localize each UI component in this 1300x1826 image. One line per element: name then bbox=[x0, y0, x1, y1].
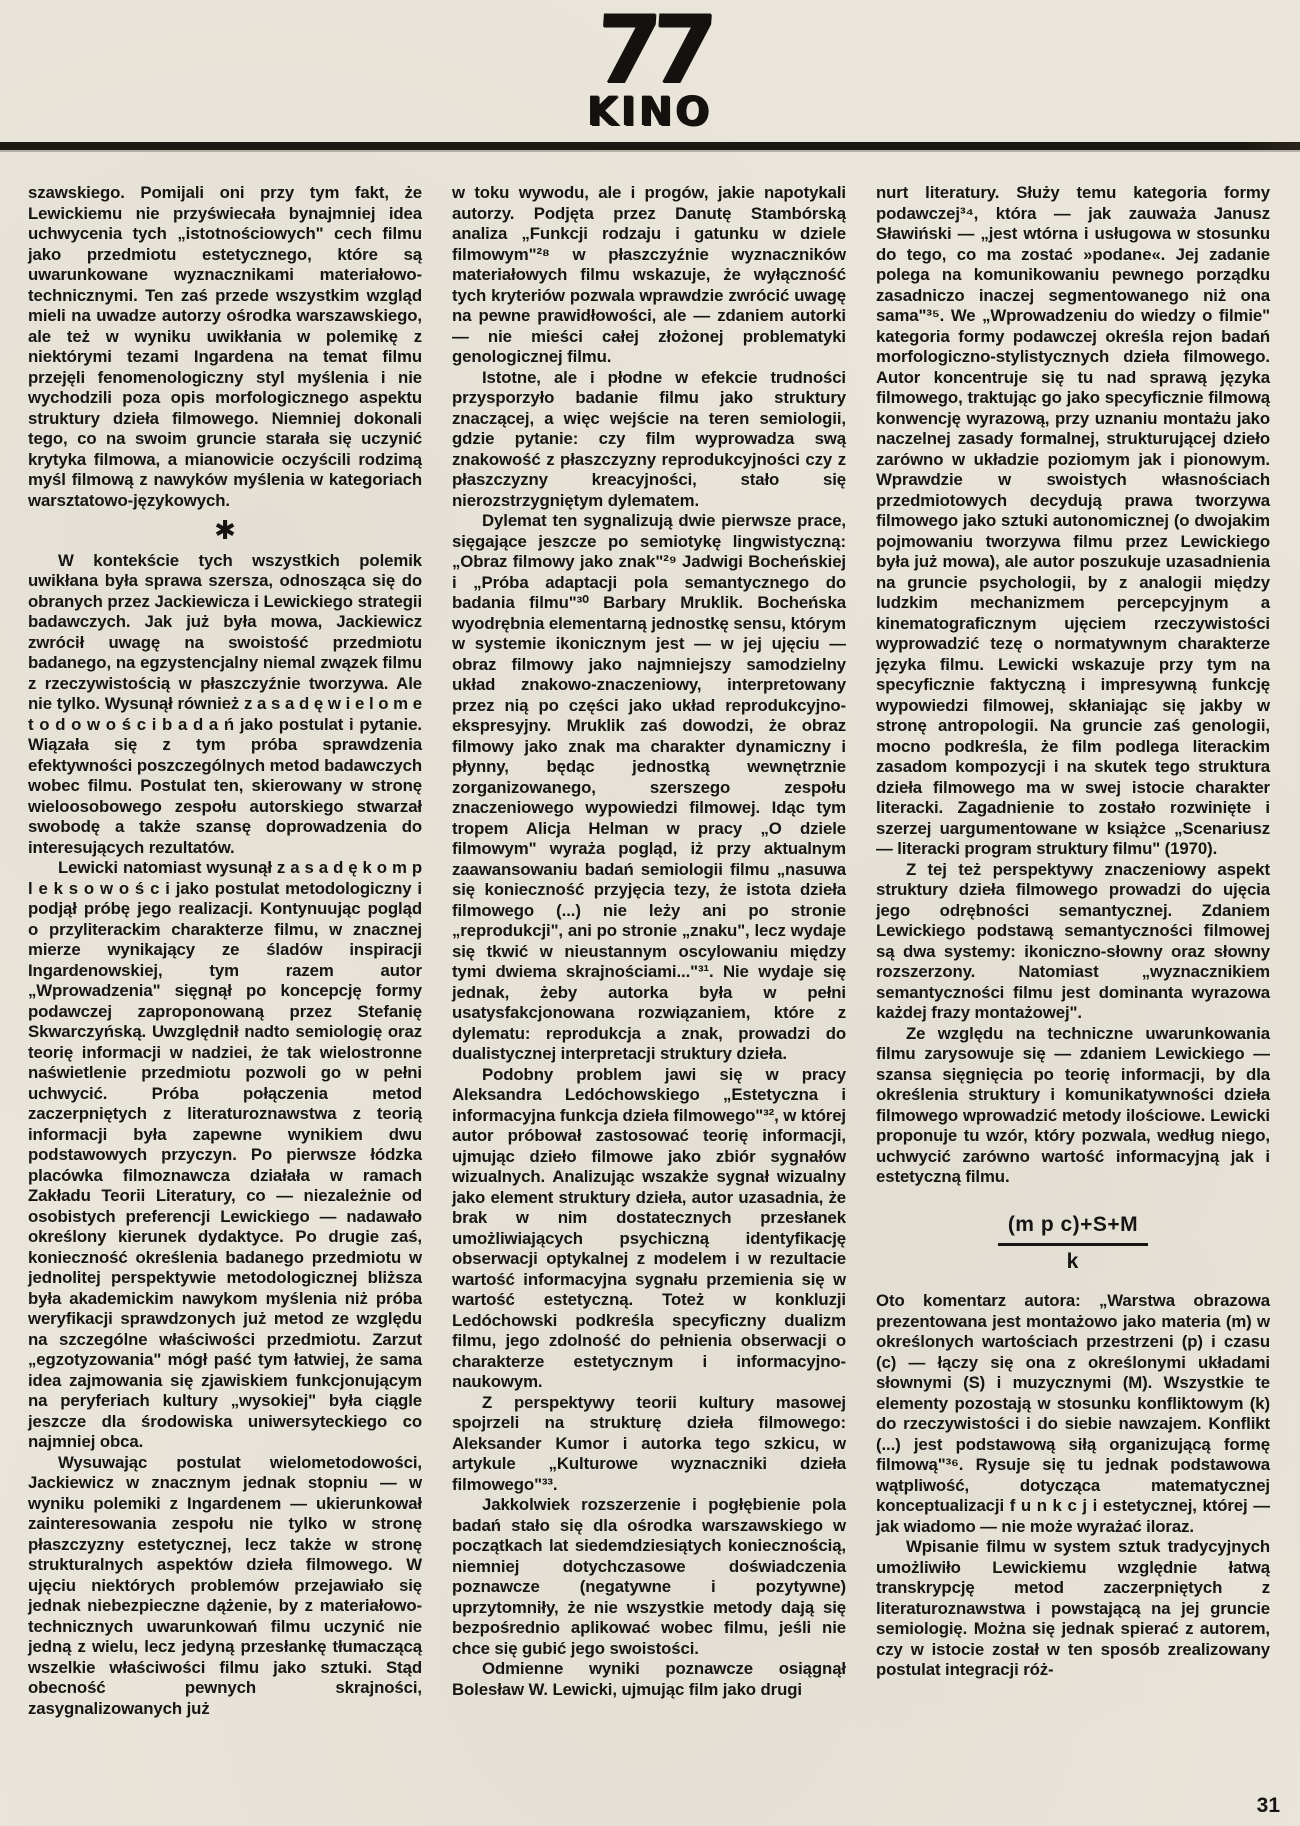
magazine-page: { "page": { "background_color": "#e9e5da… bbox=[0, 0, 1300, 1826]
paragraph: W kontekście tych wszystkich polemik uwi… bbox=[28, 551, 422, 859]
paragraph: Z tej też perspektywy znaczeniowy aspekt… bbox=[876, 860, 1270, 1024]
paragraph: Z perspektywy teorii kultury masowej spo… bbox=[452, 1393, 846, 1496]
paragraph: Lewicki natomiast wysunął z a s a d ę k … bbox=[28, 858, 422, 1453]
logo-issue-number: 77 bbox=[591, 4, 708, 98]
paragraph: Podobny problem jawi się w pracy Aleksan… bbox=[452, 1065, 846, 1393]
paragraph: nurt literatury. Służy temu kategoria fo… bbox=[876, 183, 1270, 860]
formula-numerator: (m p c)+S+M bbox=[998, 1212, 1148, 1246]
text-column: w toku wywodu, ale i progów, jakie napot… bbox=[452, 183, 846, 1700]
paragraph: Wpisanie filmu w system sztuk tradycyjny… bbox=[876, 1537, 1270, 1681]
text-column: nurt literatury. Służy temu kategoria fo… bbox=[876, 183, 1270, 1681]
paragraph: Wysuwając postulat wielometodowości, Jac… bbox=[28, 1453, 422, 1720]
paragraph: Ze względu na techniczne uwarunkowania f… bbox=[876, 1024, 1270, 1188]
top-rule bbox=[0, 142, 1300, 150]
section-separator-asterisk: ✱ bbox=[28, 521, 422, 542]
paragraph: Odmienne wyniki poznawcze osiągnął Boles… bbox=[452, 1659, 846, 1700]
lewicki-formula: (m p c)+S+Mk bbox=[886, 1212, 1260, 1276]
text-column: szawskiego. Pomijali oni przy tym fakt, … bbox=[28, 183, 422, 1719]
article-columns: szawskiego. Pomijali oni przy tym fakt, … bbox=[28, 183, 1272, 1719]
page-number: 31 bbox=[1257, 1794, 1280, 1818]
paragraph: Istotne, ale i płodne w efekcie trudnośc… bbox=[452, 368, 846, 512]
paragraph: Dylemat ten sygnalizują dwie pierwsze pr… bbox=[452, 511, 846, 1065]
paragraph: Jakkolwiek rozszerzenie i pogłębienie po… bbox=[452, 1495, 846, 1659]
kino-logo: 77 KINO bbox=[0, 4, 1300, 132]
formula-denominator: k bbox=[886, 1249, 1260, 1275]
paragraph: szawskiego. Pomijali oni przy tym fakt, … bbox=[28, 183, 422, 511]
paragraph: Oto komentarz autora: „Warstwa obrazowa … bbox=[876, 1291, 1270, 1537]
paragraph: w toku wywodu, ale i progów, jakie napot… bbox=[452, 183, 846, 368]
